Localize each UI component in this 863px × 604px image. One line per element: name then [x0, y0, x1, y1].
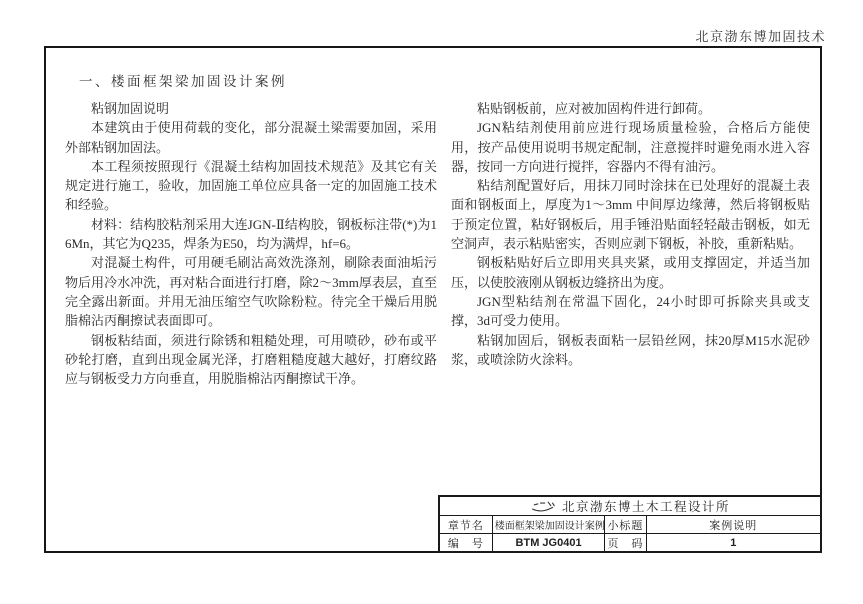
title-block-company-row: 北京渤东博土木工程设计所	[439, 496, 821, 516]
company-logo-icon	[530, 500, 556, 513]
content-frame: 一、楼面框架梁加固设计案例 粘钢加固说明本建筑由于使用荷载的变化，部分混凝土梁需…	[44, 46, 822, 553]
paragraph: 本建筑由于使用荷载的变化，部分混凝土梁需要加固，采用外部粘钢加固法。	[65, 118, 437, 157]
subtitle-value: 案例说明	[646, 516, 821, 534]
paragraph: 粘钢加固说明	[65, 99, 437, 118]
text-column-left: 粘钢加固说明本建筑由于使用荷载的变化，部分混凝土梁需要加固，采用外部粘钢加固法。…	[65, 99, 437, 388]
chapter-value: 楼面框架梁加固设计案例	[492, 516, 605, 534]
paragraph: 粘结剂配置好后，用抹刀同时涂抹在已处理好的混凝土表面和钢板面上，厚度为1～3mm…	[451, 176, 810, 253]
page-label: 页 码	[605, 534, 646, 553]
section-title: 一、楼面框架梁加固设计案例	[79, 70, 820, 90]
title-block-table: 北京渤东博土木工程设计所 章节名 楼面框架梁加固设计案例 小标题 案例说明 编 …	[438, 495, 822, 553]
page-header-title: 北京渤东博加固技术	[695, 26, 826, 45]
company-name: 北京渤东博土木工程设计所	[562, 500, 730, 514]
title-block-row: 章节名 楼面框架梁加固设计案例 小标题 案例说明	[439, 516, 821, 534]
paragraph: 本工程须按照现行《混凝土结构加固技术规范》及其它有关规定进行施工，验收，加固施工…	[65, 157, 437, 215]
paragraph: 材料：结构胶粘剂采用大连JGN-Ⅱ结构胶，钢板标注带(*)为16Mn，其它为Q2…	[65, 215, 437, 254]
paragraph: 粘钢加固后，钢板表面粘一层铅丝网，抹20厚M15水泥砂浆，或喷涂防火涂料。	[451, 331, 810, 370]
paragraph: JGN型粘结剂在常温下固化，24小时即可拆除夹具或支撑，3d可受力使用。	[451, 292, 810, 331]
number-label: 编 号	[439, 534, 492, 553]
text-columns: 粘钢加固说明本建筑由于使用荷载的变化，部分混凝土梁需要加固，采用外部粘钢加固法。…	[65, 99, 810, 388]
paragraph: JGN粘结剂使用前应进行现场质量检验，合格后方能使用，按产品使用说明书规定配制，…	[451, 118, 810, 176]
paragraph: 对混凝土构件，可用硬毛刷沾高效洗涤剂，刷除表面油垢污物后用冷水冲洗，再对粘合面进…	[65, 253, 437, 330]
company-cell: 北京渤东博土木工程设计所	[439, 496, 821, 516]
title-block-row: 编 号 BTM JG0401 页 码 1	[439, 534, 821, 553]
paragraph: 粘贴钢板前，应对被加固构件进行卸荷。	[451, 99, 810, 118]
document-page: 北京渤东博加固技术 一、楼面框架梁加固设计案例 粘钢加固说明本建筑由于使用荷载的…	[0, 0, 863, 604]
paragraph: 钢板粘贴好后立即用夹具夹紧，或用支撑固定，并适当加压，以使胶液刚从钢板边缝挤出为…	[451, 253, 810, 292]
subtitle-label: 小标题	[605, 516, 646, 534]
text-column-right: 粘贴钢板前，应对被加固构件进行卸荷。JGN粘结剂使用前应进行现场质量检验，合格后…	[451, 99, 810, 388]
page-value: 1	[646, 534, 821, 553]
paragraph: 钢板粘结面，须进行除锈和粗糙处理，可用喷砂，砂布或平砂轮打磨，直到出现金属光泽，…	[65, 331, 437, 389]
chapter-label: 章节名	[439, 516, 492, 534]
number-value: BTM JG0401	[492, 534, 605, 553]
